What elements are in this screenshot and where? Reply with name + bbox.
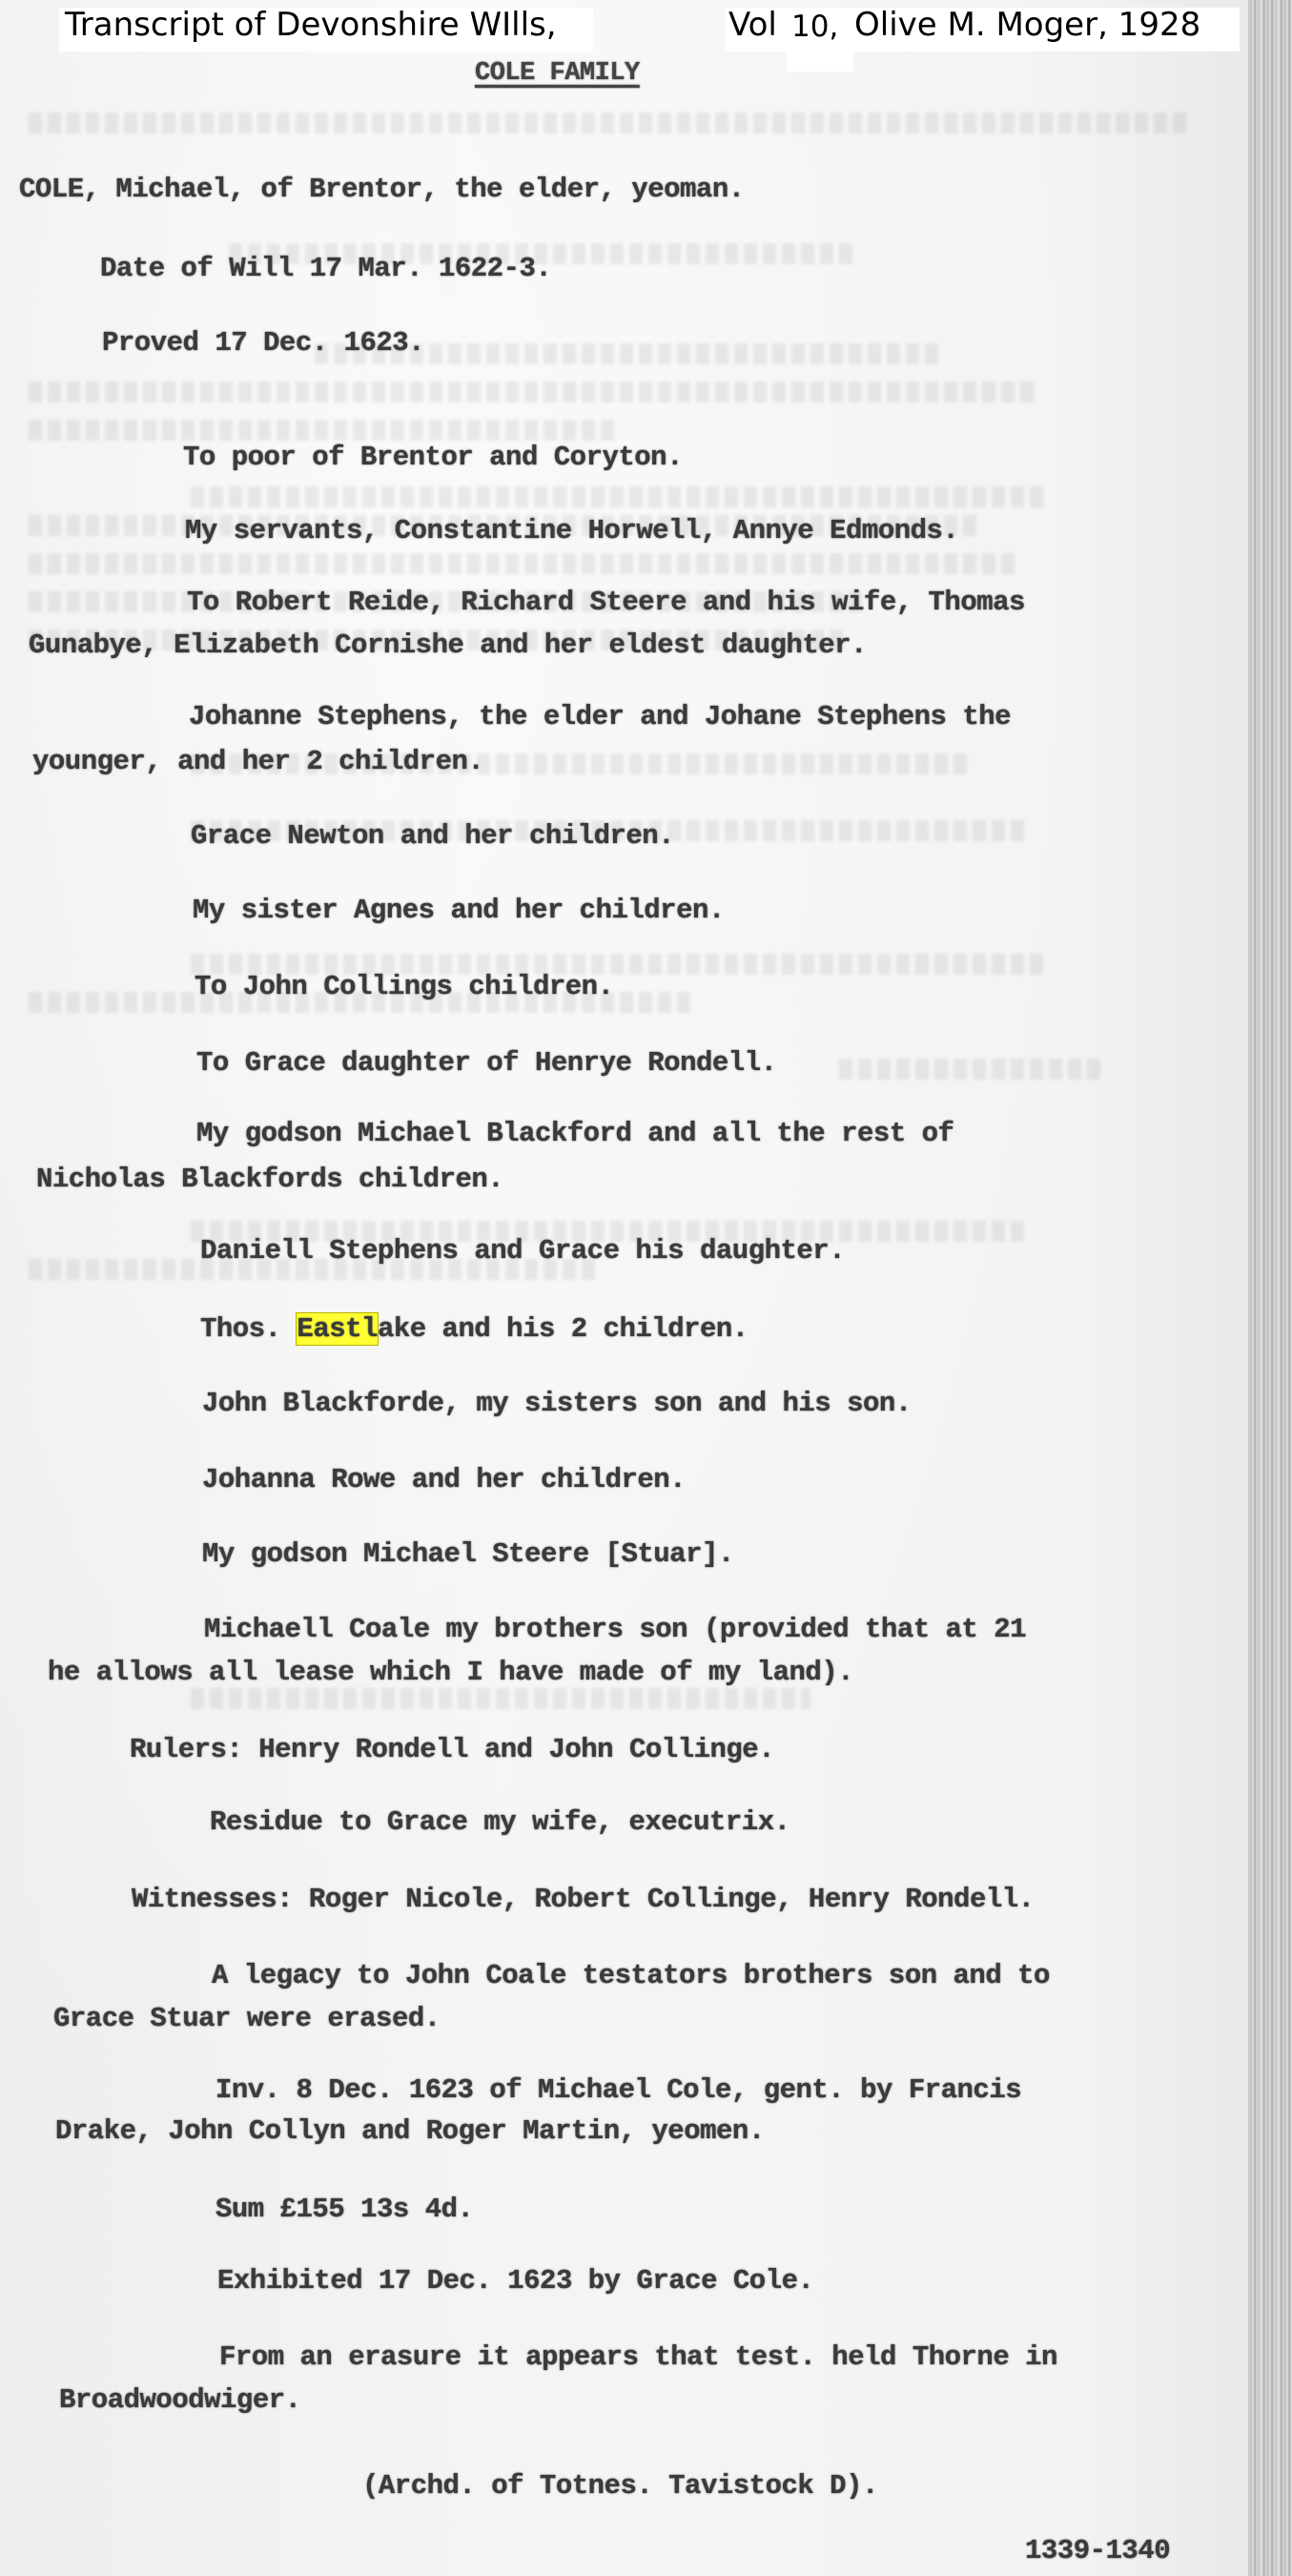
family-heading: COLE FAMILY [475, 59, 640, 88]
inventory-line: Drake, John Collyn and Roger Martin, yeo… [55, 2115, 765, 2147]
bequest-line: John Blackforde, my sisters son and his … [202, 1388, 912, 1419]
bequest-line: Johanne Stephens, the elder and Johane S… [189, 701, 1011, 732]
erasure-note-line: From an erasure it appears that test. he… [219, 2341, 1057, 2373]
bequest-line: Grace Newton and her children. [191, 820, 674, 852]
search-highlight: Eastl [297, 1313, 378, 1345]
bleed-through-texture [191, 486, 1049, 507]
legacy-note-line: A legacy to John Coale testators brother… [212, 1960, 1050, 1991]
eastlake-line: Thos. Eastlake and his 2 children. [200, 1313, 749, 1345]
bequest-line: My godson Michael Steere [Stuar]. [202, 1538, 734, 1570]
bleed-through-texture [29, 381, 1039, 402]
page-reference: 1339-1340 [1025, 2535, 1170, 2566]
bequest-line: Nicholas Blackfords children. [36, 1164, 503, 1195]
volume-number: 10, [791, 10, 838, 44]
volume-label: Vol [728, 6, 777, 44]
residue-line: Residue to Grace my wife, executrix. [210, 1806, 790, 1838]
bequest-line: My sister Agnes and her children. [193, 895, 725, 926]
bleed-through-texture [29, 113, 1192, 134]
testator-line: COLE, Michael, of Brentor, the elder, ye… [19, 174, 745, 205]
scanned-page: Transcript of Devonshire WIlls, Vol 10, … [0, 0, 1249, 2576]
exhibited-line: Exhibited 17 Dec. 1623 by Grace Cole. [217, 2265, 813, 2297]
bequest-line: To John Collings children. [195, 971, 613, 1002]
witnesses-line: Witnesses: Roger Nicole, Robert Collinge… [132, 1884, 1035, 1915]
bequest-line: he allows all lease which I have made of… [48, 1657, 853, 1688]
bequest-line: Gunabye, Elizabeth Cornishe and her elde… [29, 629, 867, 661]
source-line: (Archd. of Totnes. Tavistock D). [362, 2470, 878, 2502]
bequest-line: younger, and her 2 children. [32, 746, 483, 777]
bleed-through-texture [29, 553, 1020, 574]
bleed-through-texture [839, 1059, 1106, 1080]
rulers-line: Rulers: Henry Rondell and John Collinge. [130, 1734, 774, 1765]
bequest-line: Daniell Stephens and Grace his daughter. [200, 1235, 845, 1267]
inventory-line: Inv. 8 Dec. 1623 of Michael Cole, gent. … [215, 2074, 1021, 2106]
bleed-through-texture [29, 420, 620, 441]
series-title: Transcript of Devonshire WIlls, [65, 6, 557, 44]
proved-date: Proved 17 Dec. 1623. [102, 327, 424, 359]
book-spine-edge [1248, 0, 1292, 2576]
bequest-line: My godson Michael Blackford and all the … [196, 1118, 954, 1149]
author-year: Olive M. Moger, 1928 [854, 6, 1200, 44]
bequest-line: To Grace daughter of Henrye Rondell. [196, 1047, 777, 1079]
bequest-line: To poor of Brentor and Coryton. [183, 442, 683, 473]
eastlake-suffix: ake and his 2 children. [378, 1313, 749, 1345]
bequest-line: My servants, Constantine Horwell, Annye … [185, 515, 958, 546]
eastlake-prefix: Thos. [200, 1313, 297, 1345]
bequest-line: Johanna Rowe and her children. [202, 1464, 686, 1495]
bequest-line: Michaell Coale my brothers son (provided… [204, 1614, 1026, 1645]
sum-line: Sum £155 13s 4d. [215, 2194, 473, 2225]
erasure-note-line: Broadwoodwiger. [59, 2384, 301, 2416]
legacy-note-line: Grace Stuar were erased. [53, 2003, 441, 2034]
date-of-will: Date of Will 17 Mar. 1622-3. [100, 253, 551, 284]
bequest-line: To Robert Reide, Richard Steere and his … [187, 587, 1025, 618]
bleed-through-texture [191, 1688, 810, 1709]
